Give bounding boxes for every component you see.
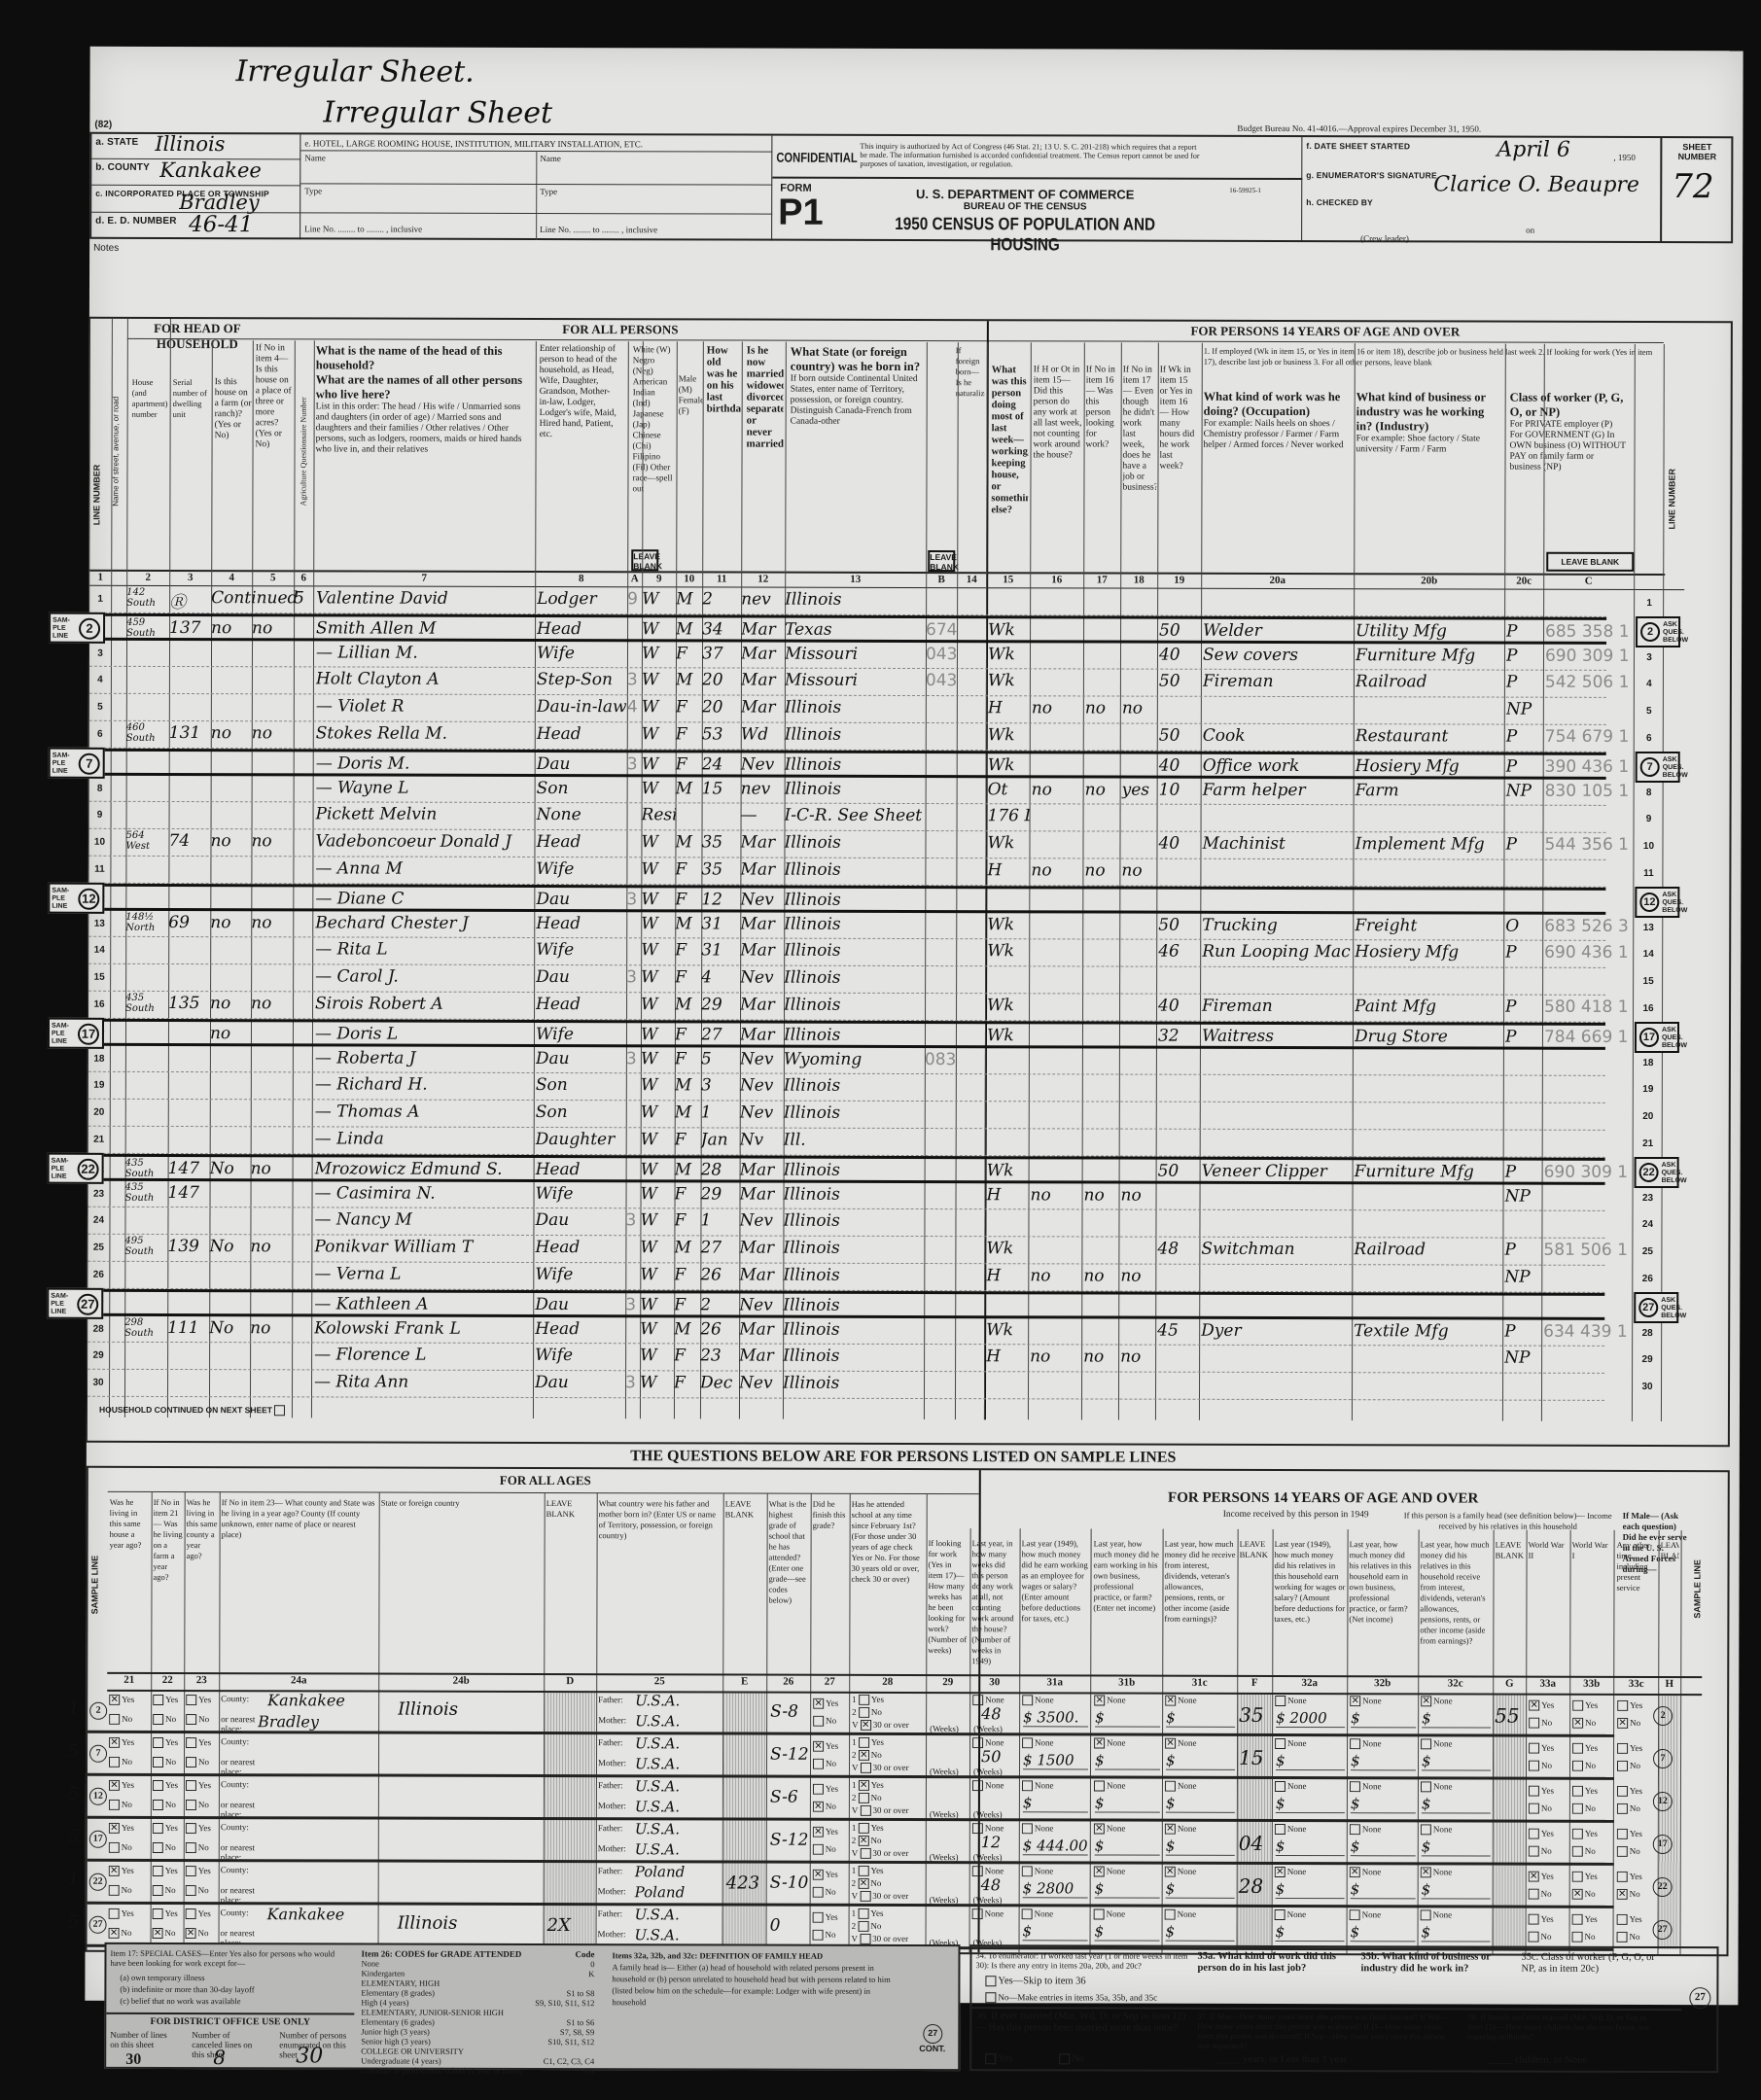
sample-col-num-22: 22 <box>151 1674 184 1686</box>
grade-value: S-10 <box>770 1873 814 1893</box>
checked-label: h. CHECKED BY <box>1306 197 1373 207</box>
cell-hours: 50 <box>1158 1161 1200 1180</box>
income-32a-none[interactable]: None <box>1275 1824 1346 1836</box>
armed-33b-yes[interactable]: Yes <box>1572 1914 1611 1926</box>
cell-a: 3 <box>625 1295 640 1314</box>
sample-col-22-header: If No in item 21— Was he living on a far… <box>153 1497 182 1667</box>
armed-33c-yes[interactable]: Yes <box>1617 1700 1656 1712</box>
income-32c-none[interactable]: ✕None <box>1421 1696 1492 1707</box>
section-persons-14: FOR PERSONS 14 YEARS OF AGE AND OVER <box>985 323 1666 340</box>
enumerator-label: g. ENUMERATOR'S SIGNATURE <box>1306 170 1437 180</box>
armed-33b-yes[interactable]: Yes <box>1572 1743 1611 1755</box>
finished-yes[interactable]: ✕Yes <box>813 1741 850 1753</box>
checkbox-22-yes[interactable]: Yes <box>153 1823 186 1835</box>
section-head-of-household: FOR HEAD OF HOUSEHOLD <box>129 321 265 352</box>
institution-type-label-2: Type <box>540 187 557 196</box>
school-30-over[interactable]: V 30 or over <box>852 1805 926 1817</box>
checkbox-21-yes[interactable]: ✕Yes <box>109 1695 142 1706</box>
school-yes[interactable]: 1 ✕Yes <box>852 1780 926 1792</box>
cell-cls: NP <box>1506 781 1543 800</box>
cell-marital: Nev <box>739 1295 783 1314</box>
cell-sex: F <box>675 1184 701 1204</box>
checkbox-23-yes[interactable]: Yes <box>186 1866 219 1877</box>
checkbox-21-yes[interactable]: ✕Yes <box>109 1780 142 1792</box>
school-no[interactable]: 2 ✕No <box>852 1836 926 1847</box>
checkbox-21-no[interactable]: No <box>109 1757 142 1768</box>
line-number: 21 <box>88 1135 110 1145</box>
line-number-right: 30 <box>1634 1382 1661 1392</box>
income-31c-none[interactable]: None <box>1165 1781 1236 1793</box>
col-10-header: Male (M) Female (F) <box>679 373 703 416</box>
school-30-over[interactable]: V 30 or over <box>852 1891 926 1903</box>
line-number-right: 23 <box>1635 1193 1662 1204</box>
cell-name: — Richard H. <box>315 1075 534 1096</box>
armed-33c-yes[interactable]: Yes <box>1617 1743 1656 1755</box>
sample-col-F-header: LEAVE BLANK <box>1239 1539 1270 1670</box>
weeks-none[interactable]: None <box>972 1908 1022 1920</box>
grade-codes: Item 26: CODES for GRADE ATTENDEDCode No… <box>361 1949 594 2077</box>
checkbox-21-yes[interactable]: ✕Yes <box>109 1866 142 1877</box>
cell-race: Resident <box>642 806 676 825</box>
col-num-A: A <box>627 573 642 584</box>
income-32c-none[interactable]: ✕None <box>1421 1867 1492 1878</box>
school-30-over[interactable]: V 30 or over <box>852 1848 926 1860</box>
line-number: 20 <box>88 1107 110 1118</box>
school-30-over[interactable]: V ✕30 or over <box>852 1720 926 1732</box>
income-32a-none[interactable]: None <box>1275 1738 1346 1750</box>
cell-hours: 32 <box>1158 1026 1200 1045</box>
armed-33b-no[interactable]: No <box>1572 1761 1611 1772</box>
cell-sex: F <box>675 941 701 961</box>
cell-c16: no <box>1032 699 1083 718</box>
leave-blank-e-value: 423 <box>726 1872 770 1893</box>
income-31b-none[interactable]: None <box>1094 1908 1161 1920</box>
population-table: FOR HEAD OF HOUSEHOLD FOR ALL PERSONS FO… <box>87 317 1733 1447</box>
armed-33b-no[interactable]: ✕No <box>1572 1889 1611 1901</box>
sample-col-num-27: 27 <box>810 1676 849 1688</box>
line-number-right: 28 <box>1634 1328 1661 1339</box>
checkbox-21-yes[interactable]: ✕Yes <box>109 1823 142 1835</box>
finished-no[interactable]: No <box>813 1759 850 1770</box>
confidential-text: This inquiry is authorized by Act of Con… <box>860 142 1200 169</box>
col-num-19: 19 <box>1157 575 1201 586</box>
armed-33b-no[interactable]: No <box>1572 1846 1611 1858</box>
cell-hours: 40 <box>1159 645 1201 664</box>
income-31b-none[interactable]: ✕None <box>1094 1695 1161 1706</box>
cell-name: Ponikvar William T <box>314 1238 533 1258</box>
checkbox-22-yes[interactable]: Yes <box>153 1737 186 1749</box>
school-no[interactable]: 2 ✕No <box>852 1750 926 1762</box>
finished-no[interactable]: No <box>813 1716 850 1728</box>
grade-value: S-12 <box>770 1745 814 1765</box>
cell-race: W <box>641 890 675 909</box>
weeks-label-30: (Weeks) <box>973 1724 1023 1733</box>
school-yes[interactable]: 1 Yes <box>852 1737 926 1749</box>
checkbox-22-no[interactable]: ✕No <box>153 1928 186 1940</box>
armed-33c-no[interactable]: ✕No <box>1617 1889 1656 1901</box>
cell-occ: Veneer Clipper <box>1202 1162 1353 1181</box>
line-number-header: LINE NUMBER <box>91 465 101 526</box>
income-32c-none[interactable]: None <box>1421 1738 1492 1750</box>
household-continued-checkbox[interactable] <box>274 1406 285 1417</box>
sample-line-tag: SAM-PLELINE17 <box>48 1017 104 1048</box>
armed-33a-yes[interactable]: ✕Yes <box>1529 1872 1567 1883</box>
income-31a-none[interactable]: None <box>1022 1780 1089 1792</box>
finished-no[interactable]: ✕No <box>813 1802 850 1813</box>
armed-33b-no[interactable]: ✕No <box>1572 1718 1611 1730</box>
table-row: 33— Lillian M.WifeWF37MarMissouri043Wk40… <box>89 640 1606 671</box>
income-32b-amount: $ <box>1351 1923 1416 1942</box>
armed-33c-no[interactable]: No <box>1617 1932 1656 1943</box>
checkbox-22-yes[interactable]: Yes <box>153 1908 186 1920</box>
cell-birthplace: Illinois <box>784 968 925 988</box>
cell-age: 24 <box>702 754 741 774</box>
school-30-over[interactable]: V 30 or over <box>852 1934 926 1945</box>
income-32b-none[interactable]: ✕None <box>1350 1696 1417 1707</box>
income-31a-amount: $ 444.00 <box>1023 1837 1088 1855</box>
checkbox-22-no[interactable]: No <box>153 1757 186 1768</box>
finished-yes[interactable]: ✕Yes <box>813 1827 850 1838</box>
nearest-place-label: or nearest place: <box>221 1757 269 1776</box>
cell-acres: no <box>251 994 293 1013</box>
income-31c-amount: $ <box>1166 1837 1235 1856</box>
finished-no[interactable]: No <box>813 1887 850 1899</box>
checkbox-23-no[interactable]: No <box>186 1842 219 1854</box>
q38-answer[interactable]: _____ children, or None <box>1487 2055 1587 2067</box>
cell-house: 147 <box>168 1159 210 1178</box>
armed-33b-yes[interactable]: Yes <box>1572 1786 1611 1798</box>
enumerator-block: f. DATE SHEET STARTED April 6 , 1950 g. … <box>1302 137 1662 243</box>
checkbox-21-no[interactable]: No <box>109 1885 142 1897</box>
sample-row: 12✕YesNoYesNoYesNoCounty:or nearest plac… <box>88 1691 1614 1737</box>
cell-ind: Textile Mfg <box>1354 1321 1502 1341</box>
cell-marital: Nev <box>739 1374 783 1393</box>
income-32b-none[interactable]: None <box>1350 1909 1417 1921</box>
armed-33c-yes[interactable]: Yes <box>1617 1914 1656 1926</box>
cell-street: 435 South <box>125 1158 168 1179</box>
armed-33b-no[interactable]: No <box>1572 1932 1611 1943</box>
cell-name: Stokes Rella M. <box>316 723 535 744</box>
grade-code-item: Graduate or professional school (1 year … <box>361 2066 594 2077</box>
cell-sex: M <box>675 1160 701 1179</box>
finished-yes[interactable]: Yes <box>813 1912 850 1924</box>
school-yes[interactable]: 1 Yes <box>852 1695 926 1706</box>
school-yes[interactable]: 1 Yes <box>852 1823 926 1835</box>
cell-code: 690 309 1 <box>1545 646 1634 665</box>
cell-race: W <box>642 697 676 717</box>
col-6-header: Agriculture Questionnaire Number <box>298 397 309 506</box>
finished-yes[interactable]: Yes <box>813 1784 850 1796</box>
cell-a: 3 <box>625 1373 640 1392</box>
cell-c15: Wk <box>988 672 1030 691</box>
checkbox-21-yes[interactable]: Yes <box>109 1908 142 1920</box>
cell-race: W <box>642 754 676 774</box>
armed-33b-yes[interactable]: Yes <box>1572 1872 1611 1883</box>
income-32b-none[interactable]: None <box>1350 1781 1417 1793</box>
armed-33c-no[interactable]: No <box>1617 1761 1656 1772</box>
income-32c-none[interactable]: None <box>1421 1909 1492 1921</box>
cell-c15: Wk <box>987 1026 1029 1045</box>
checkbox-22-no[interactable]: No <box>153 1714 186 1726</box>
school-yes[interactable]: 1 Yes <box>852 1866 926 1877</box>
leave-blank-f-value: 28 <box>1239 1874 1274 1898</box>
sample-col-26-header: What is the highest grade of school that… <box>768 1499 808 1669</box>
income-31a-none[interactable]: None <box>1022 1823 1089 1835</box>
checkbox-21-yes[interactable]: ✕Yes <box>109 1737 142 1749</box>
income-32b-none[interactable]: ✕None <box>1350 1867 1417 1878</box>
cell-marital: Mar <box>741 644 785 663</box>
armed-33b-no[interactable]: No <box>1572 1803 1611 1815</box>
cell-rel: Dau <box>535 1295 627 1314</box>
income-31b-none[interactable]: ✕None <box>1094 1866 1161 1877</box>
cell-occ: Switchman <box>1201 1240 1352 1259</box>
income-31c-amount: $ <box>1166 1880 1235 1899</box>
checkbox-22-yes[interactable]: Yes <box>153 1695 186 1706</box>
weeks-label-29: (Weeks) <box>930 1895 973 1905</box>
checkbox-21-no[interactable]: No <box>109 1714 142 1726</box>
cell-cls: P <box>1505 835 1542 855</box>
checkbox-22-no[interactable]: No <box>153 1842 186 1854</box>
cell-race: W <box>642 619 676 639</box>
checkbox-23-no[interactable]: No <box>186 1757 219 1768</box>
line-number: 14 <box>88 945 110 956</box>
cell-birthplace: I-C-R. See Sheet <box>785 806 926 825</box>
income-31b-none[interactable]: ✕None <box>1094 1737 1161 1749</box>
armed-33c-yes[interactable]: Yes <box>1617 1786 1656 1798</box>
grade-code-item: ELEMENTARY, JUNIOR-SENIOR HIGH <box>361 2008 594 2018</box>
cell-name: — Lillian M. <box>316 643 535 663</box>
special-cases-title: Item 17: SPECIAL CASES—Enter Yes also fo… <box>110 1948 343 1969</box>
special-cases-list: (a) own temporary illness (b) indefinite… <box>120 1972 343 2008</box>
cell-birthplace: Illinois <box>784 996 925 1015</box>
line-number-right: 29 <box>1634 1354 1661 1365</box>
armed-33c-yes[interactable]: Yes <box>1617 1829 1656 1840</box>
checkbox-21-no[interactable]: No <box>109 1800 142 1811</box>
income-31a-none[interactable]: None <box>1022 1908 1089 1920</box>
finished-no[interactable]: No <box>813 1844 850 1856</box>
school-no[interactable]: 2 No <box>852 1707 926 1719</box>
father-birthplace: U.S.A. <box>635 1906 722 1923</box>
q37-answer[interactable]: _____ years, or Less than 1 year <box>1215 2054 1347 2066</box>
school-30-over[interactable]: V 30 or over <box>852 1763 926 1774</box>
checkbox-22-yes[interactable]: Yes <box>153 1780 186 1792</box>
cell-rel: Wife <box>537 644 629 663</box>
checkbox-23-yes[interactable]: Yes <box>186 1780 219 1792</box>
checkbox-23-yes[interactable]: Yes <box>186 1737 219 1749</box>
line-number: 1 <box>89 594 111 605</box>
income-31a-none[interactable]: None <box>1022 1866 1089 1877</box>
cell-ind: Railroad <box>1356 673 1504 692</box>
income-32c-amount: $ <box>1422 1837 1491 1856</box>
armed-33c-yes[interactable]: Yes <box>1617 1872 1656 1883</box>
cell-name: Vadeboncoeur Donald J <box>315 832 534 853</box>
checkbox-23-yes[interactable]: Yes <box>186 1823 219 1835</box>
armed-33a-yes[interactable]: Yes <box>1529 1829 1567 1840</box>
finished-yes[interactable]: ✕Yes <box>813 1870 850 1881</box>
q36-no[interactable]: No <box>1059 2053 1084 2065</box>
sample-row: 517✕YesNoYesNoYesNoCounty:or nearest pla… <box>88 1819 1614 1866</box>
school-no[interactable]: 2 ✕No <box>852 1878 926 1890</box>
income-31b-none[interactable]: None <box>1094 1780 1161 1792</box>
sample-margin-mark: 5 <box>68 1784 83 1804</box>
cell-sex: M <box>674 1239 700 1258</box>
cell-age: Jan <box>701 1130 740 1149</box>
checkbox-23-no[interactable]: No <box>186 1885 219 1897</box>
school-yes[interactable]: 1 Yes <box>852 1908 926 1920</box>
armed-33a-yes[interactable]: Yes <box>1529 1786 1567 1798</box>
income-31c-none[interactable]: ✕None <box>1165 1867 1236 1878</box>
cell-house: Ⓡ <box>169 588 211 612</box>
weeks-none[interactable]: None <box>972 1780 1022 1792</box>
weeks-label-30: (Weeks) <box>973 1767 1023 1776</box>
institution-name-label-1: Name <box>304 153 326 162</box>
q36-yes[interactable]: Yes <box>985 2053 1012 2065</box>
cell-ind: Freight <box>1355 916 1503 935</box>
cell-race: W <box>642 644 676 663</box>
armed-33c-no[interactable]: No <box>1617 1803 1656 1815</box>
line-number-right: 20 <box>1635 1111 1662 1122</box>
cell-age: 37 <box>702 644 741 663</box>
armed-33a-yes[interactable]: Yes <box>1529 1743 1567 1755</box>
mother-label: Mother: <box>598 1758 637 1767</box>
table-row: 99Pickett MelvinNoneResident—I-C-R. See … <box>89 802 1606 833</box>
sample-col-32a-header: Last year (1949), how much money did his… <box>1274 1539 1345 1670</box>
sample-margin-mark: 5 <box>68 1741 83 1762</box>
income-32c-amount: $ <box>1422 1795 1491 1813</box>
col-num-2: 2 <box>126 572 169 583</box>
cell-age: 29 <box>701 995 740 1014</box>
checkbox-22-no[interactable]: No <box>153 1885 186 1897</box>
cell-code: 830 105 1 <box>1545 781 1634 800</box>
checkbox-22-no[interactable]: No <box>153 1800 186 1811</box>
armed-33a-no[interactable]: No <box>1529 1761 1567 1772</box>
checkbox-23-yes[interactable]: Yes <box>186 1908 219 1920</box>
income-31a-none[interactable]: None <box>1022 1737 1089 1749</box>
cell-rel: Lodger <box>537 589 629 609</box>
income-31c-none[interactable]: ✕None <box>1165 1696 1236 1707</box>
table-row: 1919— Richard H.SonWM3NevIllinois <box>88 1072 1605 1103</box>
cell-name: — Diane C <box>315 889 534 909</box>
income-31c-none[interactable]: ✕None <box>1165 1738 1236 1750</box>
col-7-header: What is the name of the head of this hou… <box>316 343 535 456</box>
followup-questions: 34. To enumerator: If worked last year (… <box>969 1944 1718 2073</box>
cell-birthplace: Illinois <box>784 1103 925 1123</box>
income-32a-none[interactable]: None <box>1275 1781 1346 1793</box>
state-value: Illinois <box>398 1699 544 1720</box>
cell-age: 35 <box>701 833 740 853</box>
cell-age: 31 <box>701 941 740 961</box>
cell-ind: Hosiery Mfg <box>1355 943 1503 962</box>
checkbox-21-no[interactable]: ✕No <box>109 1928 142 1940</box>
finished-yes[interactable]: ✕Yes <box>813 1698 850 1710</box>
cell-age: 35 <box>701 859 740 879</box>
income-32a-amount: $ <box>1276 1752 1345 1770</box>
checkbox-23-yes[interactable]: Yes <box>186 1695 219 1706</box>
cell-rel: Dau <box>535 1373 627 1392</box>
armed-33a-no[interactable]: No <box>1529 1889 1567 1901</box>
income-31c-none[interactable]: ✕None <box>1165 1824 1236 1836</box>
lines-label: Number of lines on this sheet <box>110 2030 168 2049</box>
armed-33c-no[interactable]: No <box>1617 1846 1656 1858</box>
armed-33a-no[interactable]: No <box>1529 1803 1567 1815</box>
income-31c-none[interactable]: None <box>1165 1909 1236 1921</box>
line-number-right: 4 <box>1636 679 1663 689</box>
cell-farm: no <box>211 723 252 743</box>
cell-race: W <box>640 1295 674 1314</box>
income-31b-none[interactable]: ✕None <box>1094 1823 1161 1835</box>
school-no[interactable]: 2 No <box>852 1921 926 1933</box>
checkbox-23-no[interactable]: No <box>186 1714 219 1726</box>
armed-33c-no[interactable]: ✕No <box>1617 1718 1656 1730</box>
cell-marital: nev <box>741 590 785 610</box>
district-office-label: FOR DISTRICT OFFICE USE ONLY <box>106 2016 354 2028</box>
sample-line-tag: SAM-PLELINE7 <box>49 747 105 778</box>
cell-code: 690 309 1 <box>1544 1162 1633 1181</box>
checkbox-21-no[interactable]: No <box>109 1842 142 1854</box>
cell-a: 3 <box>627 754 642 774</box>
cell-rel: Daughter <box>536 1130 628 1149</box>
cell-age: 23 <box>700 1347 739 1366</box>
sample-col-24a-header: If No in item 23— What county and State … <box>221 1497 376 1667</box>
sample-col-num-32b: 32b <box>1347 1677 1418 1689</box>
income-32b-none[interactable]: None <box>1350 1738 1417 1750</box>
cell-hours: 50 <box>1158 915 1200 934</box>
checkbox-23-no[interactable]: No <box>186 1800 219 1811</box>
income-32a-none[interactable]: ✕None <box>1275 1867 1346 1878</box>
checkbox-23-no[interactable]: ✕No <box>186 1928 219 1940</box>
col-num-20b: 20b <box>1354 575 1504 586</box>
cell-marital: Mar <box>739 1319 783 1339</box>
armed-33a-yes[interactable]: Yes <box>1529 1914 1567 1926</box>
cell-farm: No <box>209 1318 250 1338</box>
cell-c18: no <box>1122 699 1157 718</box>
cell-ind: Restaurant <box>1356 726 1504 746</box>
cell-a: 3 <box>626 967 641 987</box>
income-32c-none[interactable]: None <box>1421 1824 1492 1836</box>
school-no[interactable]: 2 No <box>852 1793 926 1804</box>
q34-yes[interactable]: Yes—Skip to item 36 <box>985 1976 1085 1987</box>
on-label: on <box>1526 226 1534 235</box>
armed-33b-yes[interactable]: Yes <box>1572 1700 1611 1712</box>
q37: 37. If Mar—How many years since this per… <box>1197 2012 1460 2051</box>
checkbox-22-yes[interactable]: Yes <box>153 1866 186 1877</box>
q34-no[interactable]: No—Make entries in items 35a, 35b, and 3… <box>985 1991 1157 2004</box>
armed-33a-no[interactable]: No <box>1529 1932 1567 1943</box>
cell-race: W <box>642 779 676 798</box>
county-label: County: <box>221 1865 260 1874</box>
cell-ind: Hosiery Mfg <box>1356 756 1504 776</box>
cell-race: W <box>641 941 675 961</box>
sheet-number-value: 72 <box>1672 167 1713 206</box>
cell-c16: no <box>1032 780 1083 799</box>
cell-code: 544 356 1 <box>1544 835 1633 855</box>
income-32c-none[interactable]: None <box>1421 1781 1492 1793</box>
armed-33a-no[interactable]: No <box>1529 1718 1567 1730</box>
income-31a-none[interactable]: None <box>1022 1695 1089 1706</box>
location-block: a. STATE Illinois b. COUNTY Kankakee c. … <box>91 134 300 240</box>
grade-code-item: COLLEGE OR UNIVERSITY <box>361 2047 594 2057</box>
cell-age: 1 <box>701 1103 740 1123</box>
armed-33a-no[interactable]: No <box>1529 1846 1567 1858</box>
income-32a-none[interactable]: None <box>1275 1696 1346 1707</box>
armed-33b-yes[interactable]: Yes <box>1572 1829 1611 1840</box>
armed-33a-yes[interactable]: ✕Yes <box>1529 1700 1567 1712</box>
cell-ind: Drug Store <box>1355 1027 1503 1046</box>
finished-no[interactable]: No <box>813 1930 850 1942</box>
cell-farm: no <box>210 1024 251 1043</box>
income-32a-none[interactable]: None <box>1275 1909 1346 1921</box>
income-32b-none[interactable]: None <box>1350 1824 1417 1836</box>
